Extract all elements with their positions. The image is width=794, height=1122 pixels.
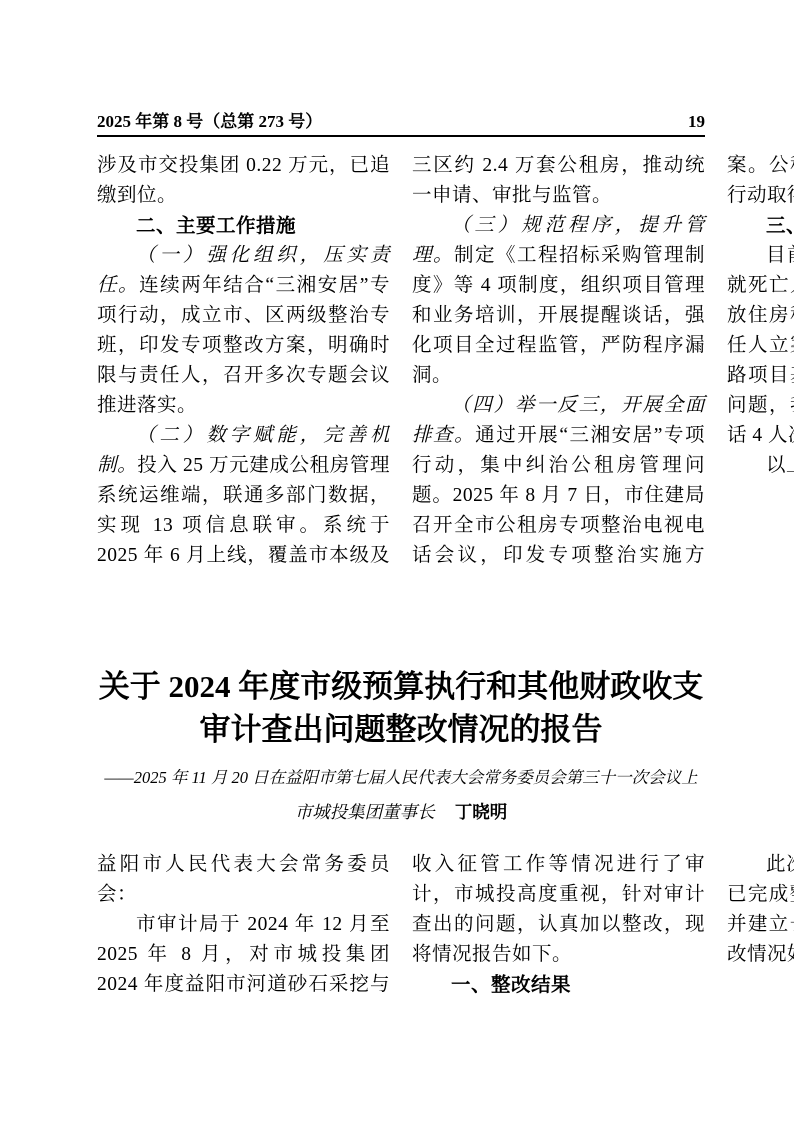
text-run: 涉及市交投集团 0.22 万元，已追缴到位。	[97, 155, 390, 206]
article-subtitle: ——2025 年 11 月 20 日在益阳市第七届人民代表大会常务委员会第三十一…	[97, 767, 705, 789]
section-heading: 一、整改结果	[412, 970, 705, 1000]
author-role: 市城投集团董事长	[295, 802, 435, 822]
page-number: 19	[688, 112, 705, 132]
text-run: 以上报告，请予审议。	[766, 455, 794, 476]
text-run: 三、责任追究或处理情况	[766, 215, 794, 237]
paragraph: （三）规范程序，提升管理。制定《工程招标采购管理制度》等 4 项制度，组织项目管…	[412, 211, 705, 391]
paragraph: 益阳市人民代表大会常务委员会：	[97, 850, 390, 910]
text-run: 益阳市人民代表大会常务委员会：	[97, 854, 390, 905]
article-title-line-1: 关于 2024 年度市级预算执行和其他财政收支	[97, 665, 705, 708]
section-heading: 二、主要工作措施	[97, 211, 390, 241]
author-name: 丁晓明	[455, 802, 508, 822]
issue-label: 2025 年第 8 号（总第 273 号）	[97, 112, 322, 132]
page: 2025 年第 8 号（总第 273 号） 19 涉及市交投集团 0.22 万元…	[0, 0, 794, 1122]
page-header: 2025 年第 8 号（总第 273 号） 19	[97, 112, 705, 132]
paragraph: 此次审计共指出 10 个问题，已完成整改 8 个，正在加快整改并建立长效机制的 …	[727, 850, 794, 970]
text-run: 目前，市、区纪委监委正在就死亡人员分配公租房、违规发放住房租赁补贴等问题的相关责…	[727, 245, 794, 446]
text-run: 二、主要工作措施	[136, 215, 296, 237]
article-byline: 市城投集团董事长 丁晓明	[97, 800, 705, 824]
text-run: 连续两年结合“三湘安居”专项行动，成立市、区两级整治专班，印发专项整改方案，明确…	[97, 275, 390, 416]
text-run: 此次审计共指出 10 个问题，已完成整改 8 个，正在加快整改并建立长效机制的 …	[727, 854, 794, 965]
text-run: 制定《工程招标采购管理制度》等 4 项制度，组织项目管理和业务培训，开展提醒谈话…	[412, 245, 705, 386]
title-block: 关于 2024 年度市级预算执行和其他财政收支 审计查出问题整改情况的报告 ——…	[97, 665, 705, 824]
article-title-line-2: 审计查出问题整改情况的报告	[97, 708, 705, 751]
article-title: 关于 2024 年度市级预算执行和其他财政收支 审计查出问题整改情况的报告	[97, 665, 705, 751]
article-body: 益阳市人民代表大会常务委员会：市审计局于 2024 年 12 月至 2025 年…	[97, 850, 705, 1008]
paragraph: 以上报告，请予审议。	[727, 451, 794, 481]
text-run: 一、整改结果	[451, 974, 571, 996]
paragraph: 目前，市、区纪委监委正在就死亡人员分配公租房、违规发放住房租赁补贴等问题的相关责…	[727, 241, 794, 451]
section-heading: 三、责任追究或处理情况	[727, 211, 794, 241]
paragraph: 涉及市交投集团 0.22 万元，已追缴到位。	[97, 151, 390, 211]
header-rule	[97, 135, 705, 137]
paragraph: （一）强化组织，压实责任。连续两年结合“三湘安居”专项行动，成立市、区两级整治专…	[97, 241, 390, 421]
article-continuation: 涉及市交投集团 0.22 万元，已追缴到位。二、主要工作措施（一）强化组织，压实…	[97, 151, 705, 603]
